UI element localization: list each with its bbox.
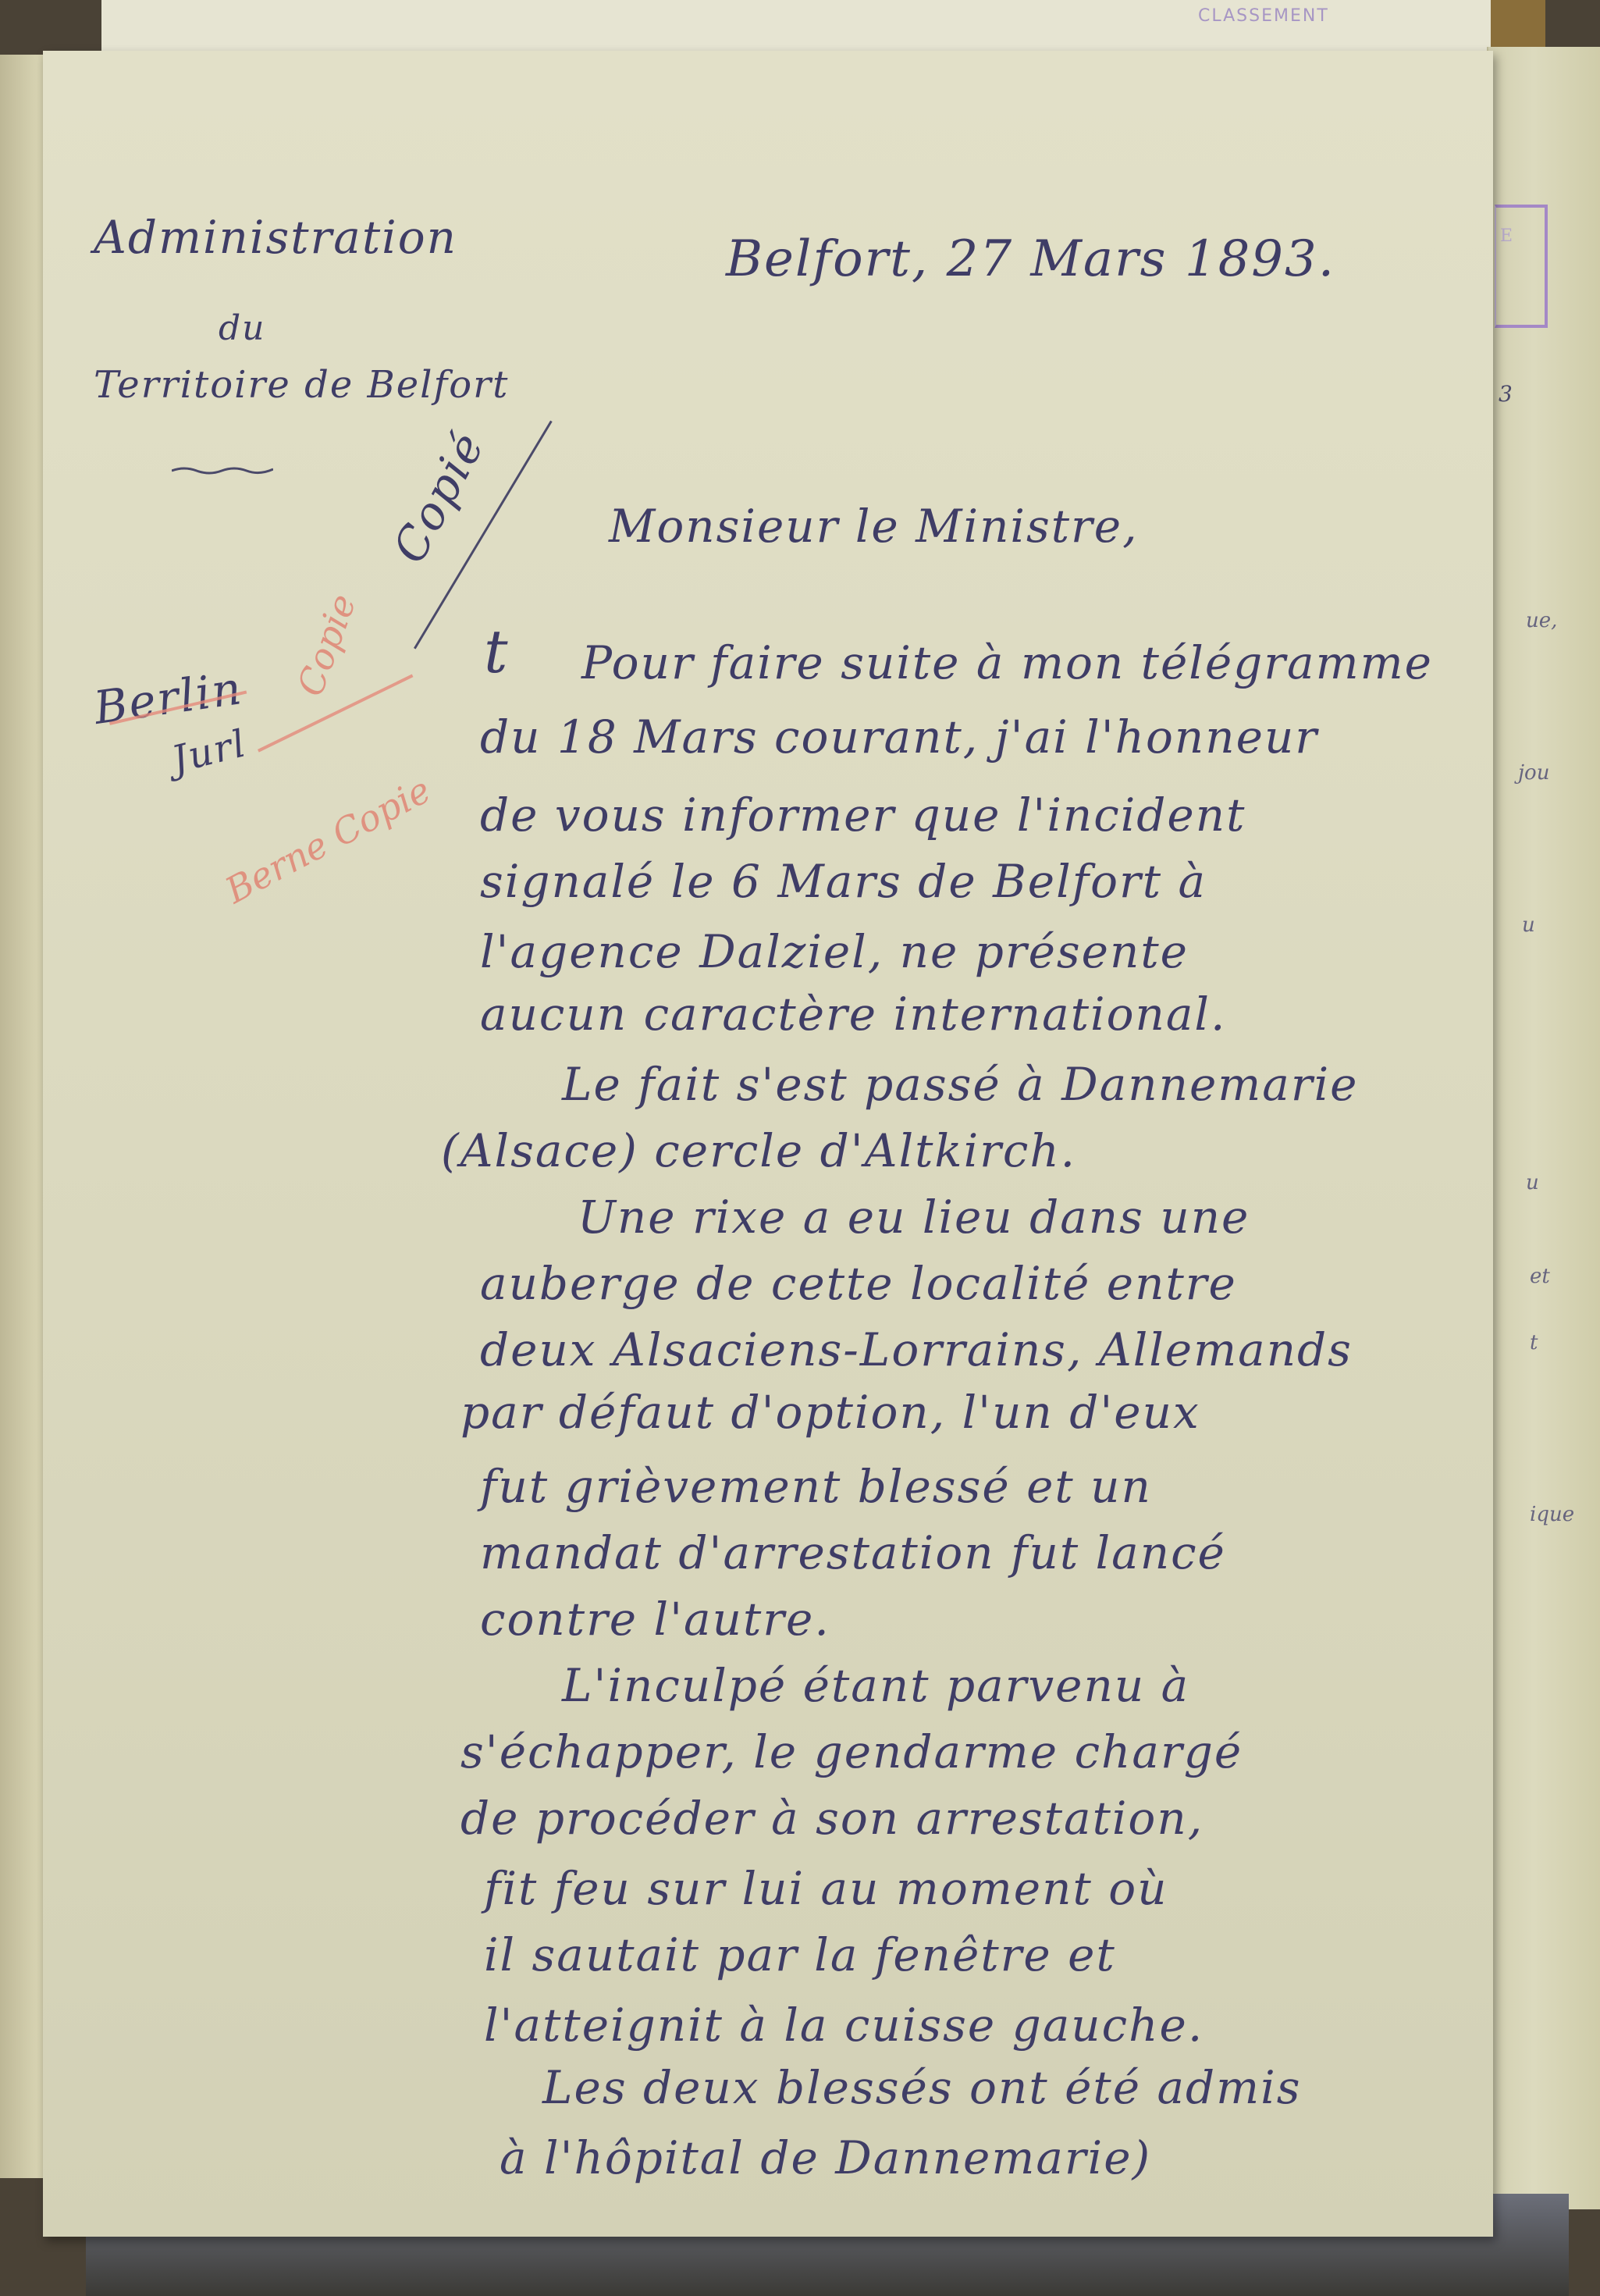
body-line: s'échapper, le gendarme chargé [460, 1725, 1243, 1778]
body-line: Le fait s'est passé à Dannemarie [562, 1058, 1358, 1111]
body-line: de procéder à son arrestation, [460, 1792, 1204, 1845]
margin-bleed-text: ique [1530, 1503, 1574, 1526]
body-line: aucun caractère international. [480, 988, 1226, 1041]
classement-stamp: CLASSEMENT [1198, 6, 1329, 26]
margin-bleed-text: u [1526, 1171, 1539, 1194]
body-line: contre l'autre. [480, 1593, 830, 1646]
salutation: Monsieur le Ministre, [609, 500, 1139, 553]
body-line: signalé le 6 Mars de Belfort à [480, 855, 1207, 908]
body-line: fit feu sur lui au moment où [484, 1862, 1168, 1915]
violet-stamp-box [1495, 205, 1548, 328]
body-line: L'inculpé étant parvenu à [562, 1659, 1189, 1712]
body-line: de vous informer que l'incident [480, 788, 1246, 842]
margin-bleed-text: t [1530, 1331, 1538, 1354]
body-line: auberge de cette localité entre [480, 1257, 1237, 1310]
paragraph-mark: t [484, 617, 510, 686]
letterhead-du: du [219, 308, 266, 348]
body-line: à l'hôpital de Dannemarie) [500, 2131, 1151, 2184]
body-line: deux Alsaciens-Lorrains, Allemands [480, 1323, 1353, 1376]
margin-bleed-text: et [1530, 1265, 1550, 1288]
letterhead-territoire: Territoire de Belfort [94, 363, 509, 407]
letterhead-flourish [172, 466, 273, 475]
page-number: 3 [1499, 381, 1513, 407]
body-line: Les deux blessés ont été admis [542, 2061, 1301, 2114]
underlying-sheet-right [1487, 47, 1600, 2209]
margin-bleed-text: ue, [1526, 609, 1557, 632]
body-line: il sautait par la fenêtre et [484, 1928, 1116, 1981]
body-line: du 18 Mars courant, j'ai l'honneur [480, 710, 1318, 764]
body-line: Une rixe a eu lieu dans une [578, 1191, 1250, 1244]
margin-bleed-text: jou [1518, 761, 1549, 785]
body-line: (Alsace) cercle d'Altkirch. [441, 1124, 1076, 1177]
body-line: par défaut d'option, l'un d'eux [460, 1386, 1200, 1439]
body-line: l'agence Dalziel, ne présente [480, 925, 1189, 978]
margin-bleed-text: u [1522, 913, 1535, 937]
body-line: fut grièvement blessé et un [480, 1460, 1152, 1513]
body-line: Pour faire suite à mon télégramme [581, 636, 1433, 689]
body-line: l'atteignit à la cuisse gauche. [484, 1999, 1204, 2052]
stamp-letter: E [1500, 226, 1513, 246]
date-line: Belfort, 27 Mars 1893. [726, 230, 1335, 288]
body-line: mandat d'arrestation fut lancé [480, 1526, 1226, 1579]
letterhead-administration: Administration [94, 211, 457, 264]
